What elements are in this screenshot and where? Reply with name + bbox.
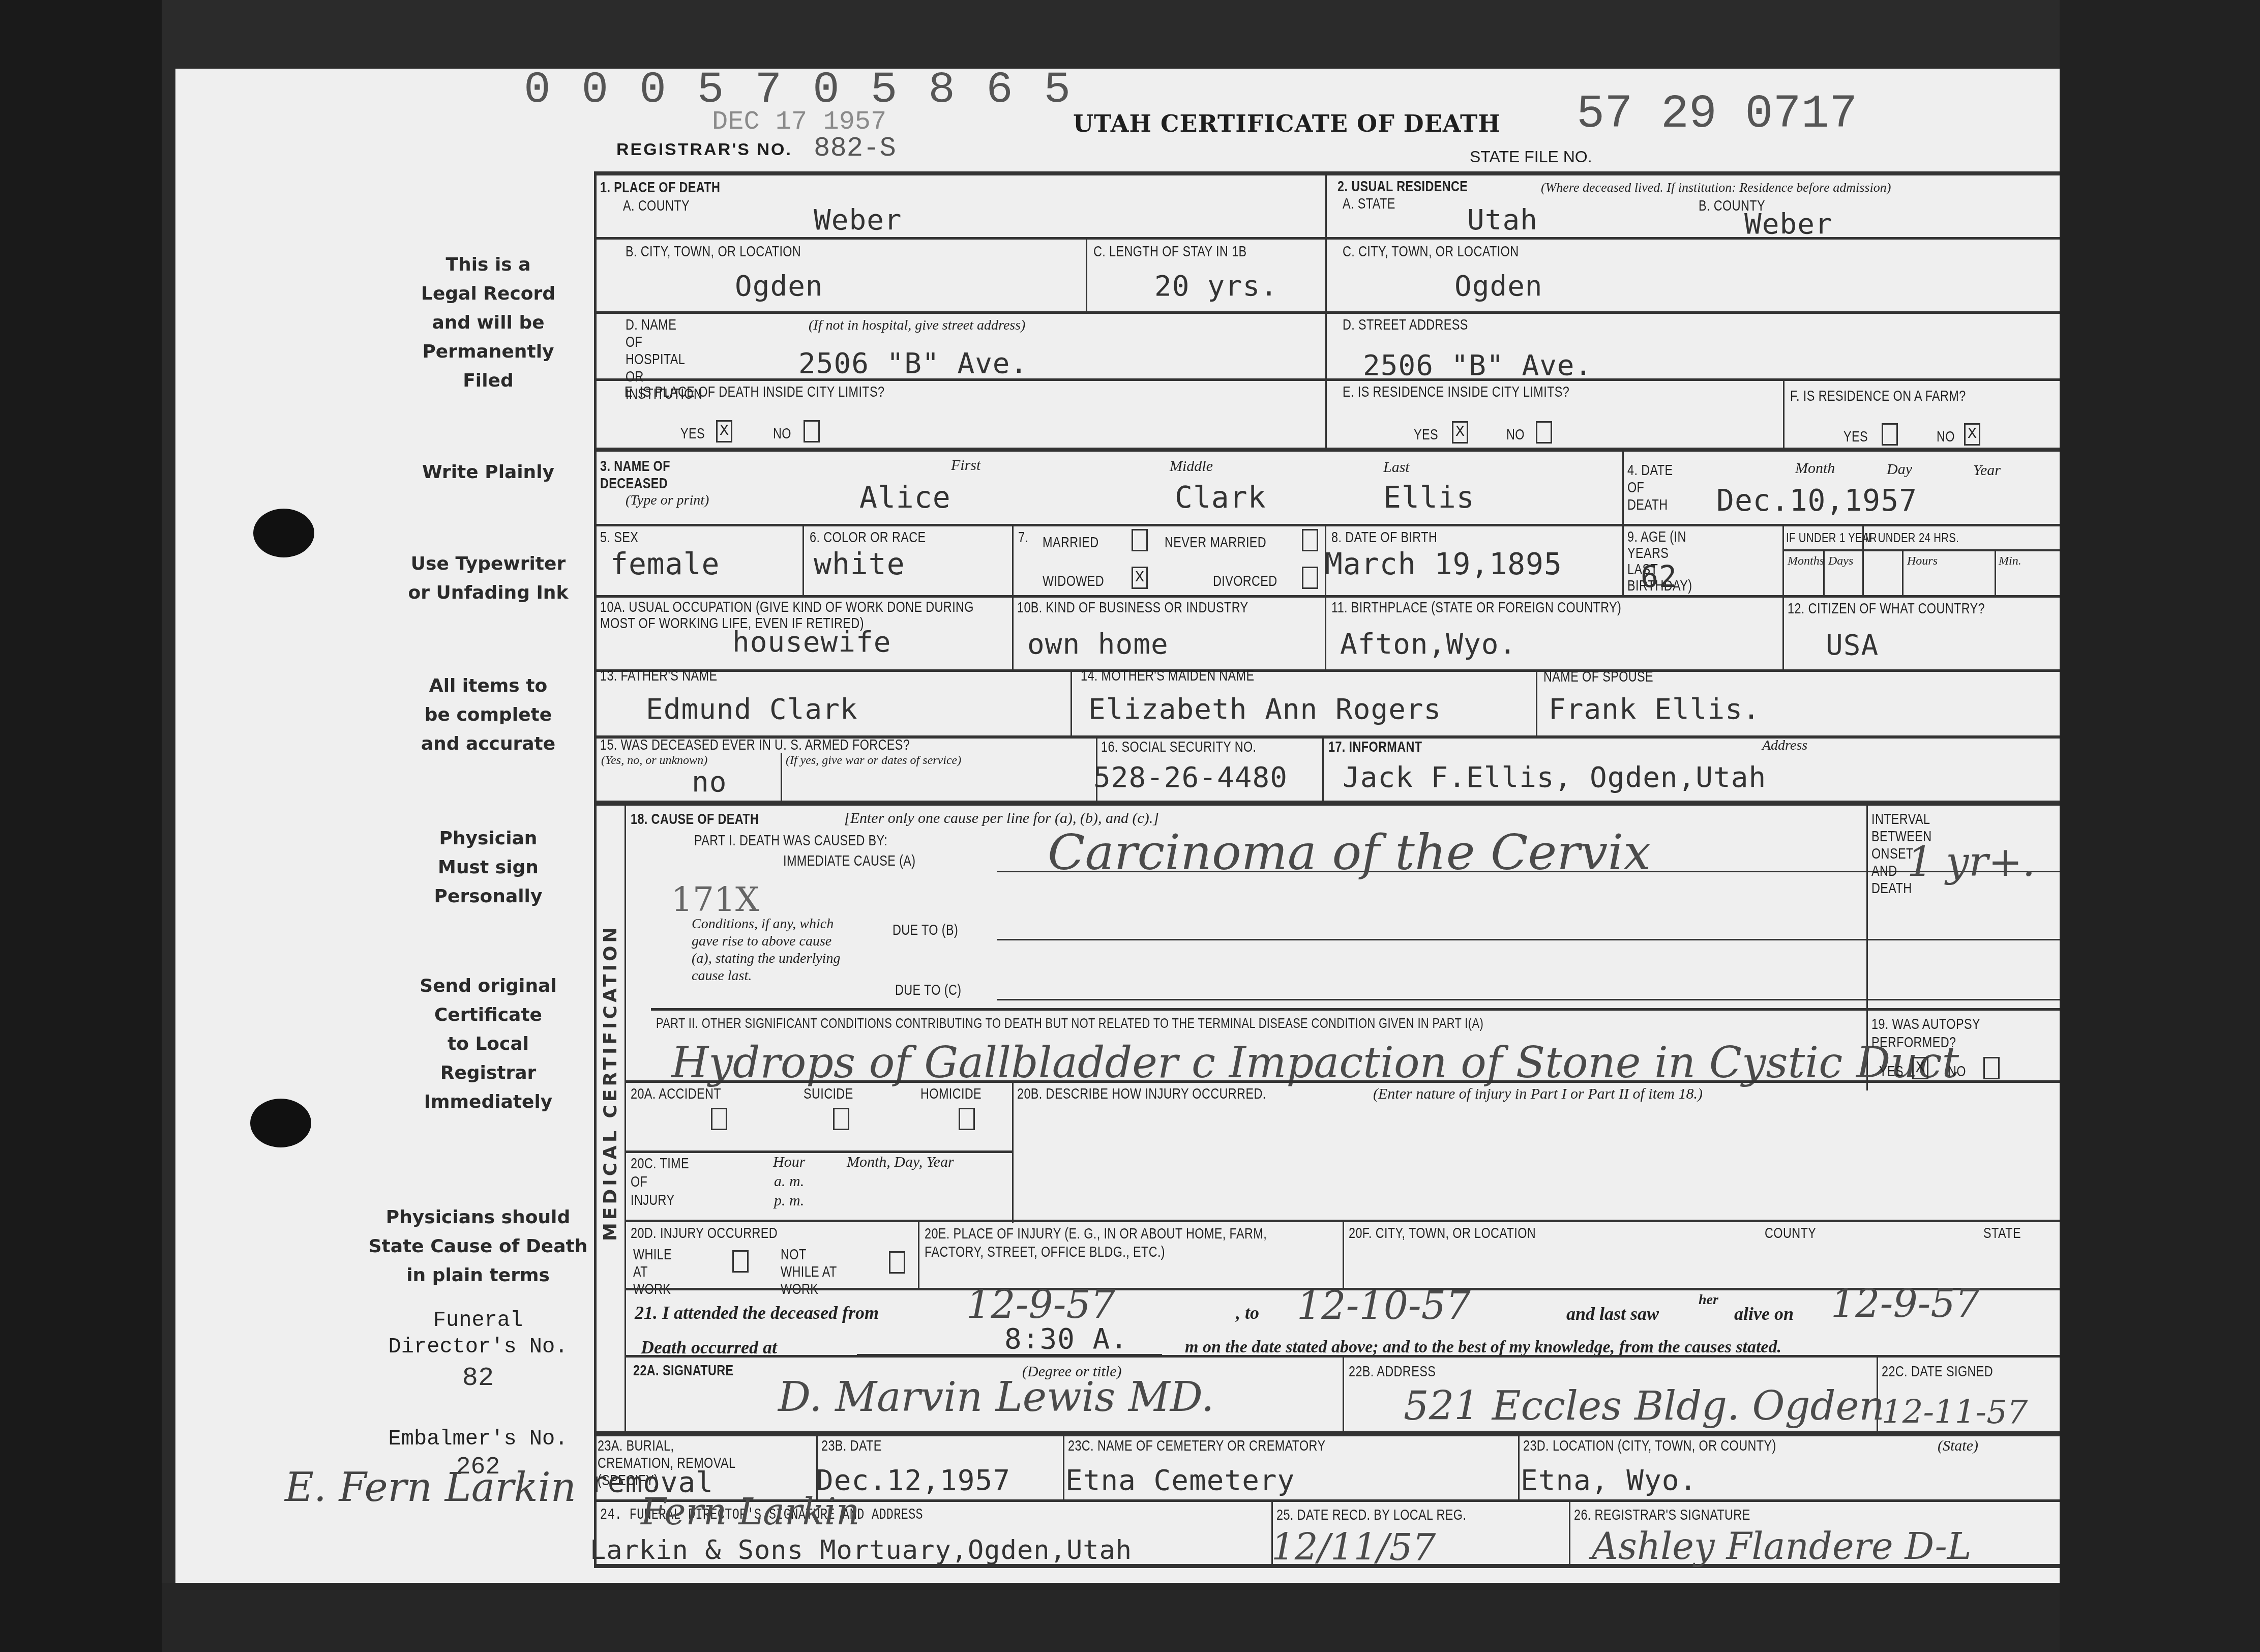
not-while-at-work-checkbox[interactable] (889, 1251, 905, 1274)
occupation-field[interactable]: housewife (732, 626, 891, 659)
autopsy-label: 19. WAS AUTOPSY PERFORMED? (1871, 1015, 1990, 1052)
injury-state-label: STATE (1983, 1225, 2021, 1242)
divider (1622, 526, 1624, 597)
divider (594, 311, 2060, 314)
death-inside-city-no-label: NO (773, 425, 791, 442)
residence-inside-city-no-label: NO (1506, 426, 1525, 444)
industry-label: 10b. KIND OF BUSINESS OR INDUSTRY (1017, 599, 1248, 616)
date-signed-field[interactable]: 12-11-57 (1882, 1394, 2028, 1431)
last-saw-label: and last saw (1566, 1303, 1659, 1324)
divider (625, 1080, 2060, 1083)
month-day-year-label: Month, Day, Year (847, 1154, 954, 1171)
sex-label: 5. SEX (600, 529, 638, 546)
dob-label: 8. DATE OF BIRTH (1331, 529, 1437, 546)
death-inside-city-yes-label: YES (680, 425, 705, 442)
residence-farm-no-checkbox[interactable]: X (1964, 423, 1980, 446)
funeral-director-no-label: Funeral Director's No. (366, 1307, 590, 1360)
form-top-border (594, 171, 2060, 175)
autopsy-no-checkbox[interactable] (1983, 1057, 2000, 1079)
date-signed-label: 22c. DATE SIGNED (1882, 1363, 1993, 1380)
immediate-cause-field[interactable]: Carcinoma of the Cervix (1048, 824, 1651, 881)
widowed-label: WIDOWED (1043, 573, 1104, 590)
hours-label: Hours (1907, 554, 1938, 568)
never-married-label: NEVER MARRIED (1165, 534, 1266, 551)
note-physician-sign: Physician Must sign Personally (386, 824, 590, 911)
death-inside-city-label: e. IS PLACE OF DEATH INSIDE CITY LIMITS? (625, 383, 884, 401)
homicide-checkbox[interactable] (959, 1108, 975, 1130)
injury-county-label: COUNTY (1765, 1225, 1816, 1242)
date-of-death-field[interactable]: Dec.10,1957 (1716, 483, 1917, 518)
under-24-hrs-label: IF UNDER 24 HRS. (1865, 530, 1959, 546)
injury-desc-field[interactable] (1022, 1109, 1861, 1211)
first-name-field[interactable]: Alice (859, 480, 951, 515)
citizen-label: 12. CITIZEN OF WHAT COUNTRY? (1788, 600, 1985, 617)
months-label: Months (1788, 554, 1824, 568)
place-of-injury-label: 20e. PLACE OF INJURY (e. g., in or about… (925, 1225, 1321, 1261)
interval-field[interactable]: 1 yr+. (1907, 838, 2035, 886)
divider (1518, 1435, 1520, 1501)
death-time-field[interactable]: 8:30 A. (1004, 1322, 1128, 1355)
birthplace-field[interactable]: Afton,Wyo. (1340, 628, 1516, 661)
first-name-label: First (951, 457, 980, 474)
medical-certification-label: MEDICAL CERTIFICATION (600, 924, 621, 1241)
usual-residence-hint: (Where deceased lived. If institution: R… (1541, 180, 1891, 195)
death-county-label: a. COUNTY (623, 197, 690, 215)
cause-code: 171X (671, 880, 759, 919)
note-write-plainly: Write Plainly (386, 458, 590, 487)
father-label: 13. FATHER'S NAME (600, 667, 717, 685)
scan-background-left (0, 0, 162, 1652)
embalmer-signature: E. Fern Larkin (285, 1465, 576, 1511)
residence-inside-city-yes-label: YES (1414, 426, 1438, 444)
burial-location-label: 23d. LOCATION (City, town, or county) (1523, 1437, 1776, 1455)
accident-checkbox[interactable] (711, 1108, 727, 1130)
part1-label: PART I. DEATH WAS CAUSED BY: (694, 832, 887, 849)
stamp-date: DEC 17 1957 (712, 107, 886, 137)
birthplace-label: 11. BIRTHPLACE (State or foreign country… (1331, 599, 1621, 616)
sex-field[interactable]: female (610, 547, 720, 581)
accident-label: 20a. ACCIDENT (631, 1085, 721, 1103)
deceased-name-label: 3. NAME OF DECEASED (600, 458, 671, 492)
divider (625, 1220, 2060, 1222)
residence-street-label: d. STREET ADDRESS (1343, 316, 1468, 334)
citizen-field[interactable]: USA (1826, 629, 1879, 662)
homicide-label: HOMICIDE (920, 1085, 982, 1103)
hospital-field[interactable]: 2506 "B" Ave. (798, 347, 1028, 380)
funeral-director-signature-field[interactable]: Fern Larkin (641, 1490, 860, 1533)
death-inside-city-yes-checkbox[interactable]: X (716, 420, 732, 442)
note-use-typewriter: Use Typewriter or Unfading Ink (386, 549, 590, 607)
dob-field[interactable]: March 19,1895 (1325, 547, 1562, 581)
injury-desc-label: 20b. DESCRIBE HOW INJURY OCCURRED. (1017, 1085, 1266, 1103)
ssn-label: 16. SOCIAL SECURITY NO. (1101, 739, 1256, 756)
divider (1569, 1500, 1570, 1567)
embalmer-no-label: Embalmer's No. (366, 1427, 590, 1451)
middle-name-field[interactable]: Clark (1175, 480, 1266, 515)
divider (918, 1221, 919, 1289)
divider (1063, 1435, 1064, 1501)
signature-label: 22a. SIGNATURE (633, 1362, 733, 1379)
divider (1070, 671, 1072, 739)
divider (594, 801, 2060, 806)
residence-state-label: a. STATE (1343, 195, 1395, 213)
armed-forces-field[interactable]: no (692, 765, 727, 799)
punch-hole-bottom (250, 1099, 311, 1147)
race-label: 6. COLOR OR RACE (810, 529, 926, 546)
never-married-checkbox[interactable] (1302, 529, 1318, 551)
married-label: MARRIED (1043, 534, 1099, 551)
residence-inside-city-label: e. IS RESIDENCE INSIDE CITY LIMITS? (1343, 383, 1569, 401)
father-field[interactable]: Edmund Clark (646, 693, 858, 726)
attended-to-field[interactable]: 12-10-57 (1297, 1283, 1470, 1328)
residence-street-field[interactable]: 2506 "B" Ave. (1363, 349, 1592, 382)
due-to-b-field[interactable] (1007, 916, 1861, 936)
race-field[interactable]: white (814, 547, 905, 581)
divider (594, 237, 2060, 240)
autopsy-yes-label: YES (1879, 1063, 1904, 1080)
cause-of-death-label: 18. CAUSE OF DEATH (631, 811, 759, 828)
conditions-note: Conditions, if any, which gave rise to a… (692, 916, 844, 985)
death-inside-city-no-checkbox[interactable] (804, 420, 820, 442)
spouse-label: NAME OF SPOUSE (1543, 668, 1653, 686)
attended-from-field[interactable]: 12-9-57 (966, 1282, 1115, 1327)
pronoun-label: her (1699, 1292, 1718, 1308)
divider (1086, 237, 1087, 312)
last-saw-alive-field[interactable]: 12-9-57 (1831, 1281, 1980, 1326)
days-label: Days (1828, 554, 1853, 568)
time-of-injury-label: 20c. TIME OF INJURY (631, 1155, 694, 1209)
residence-farm-no-label: NO (1937, 428, 1955, 446)
residence-city-field[interactable]: Ogden (1454, 270, 1543, 303)
death-city-field[interactable]: Ogden (735, 270, 823, 303)
hour-label: Hour (773, 1154, 805, 1171)
physician-signature-field[interactable]: D. Marvin Lewis MD. (778, 1373, 1214, 1421)
physician-address-field[interactable]: 521 Eccles Bldg. Ogden (1404, 1383, 1885, 1429)
married-checkbox[interactable] (1132, 529, 1148, 551)
divider (1012, 1080, 1014, 1223)
divider (594, 448, 2060, 452)
divider (594, 1431, 2060, 1436)
divider (1622, 450, 1624, 526)
last-name-field[interactable]: Ellis (1383, 480, 1475, 515)
residence-city-label: c. CITY, TOWN, OR LOCATION (1343, 243, 1519, 260)
death-county-field[interactable]: Weber (814, 203, 902, 237)
divider (1343, 1221, 1344, 1289)
note-send-original: Send original Certificate to Local Regis… (386, 971, 590, 1116)
divider (594, 524, 2060, 526)
autopsy-no-label: NO (1948, 1063, 1966, 1080)
divider (1012, 596, 1014, 671)
armed-forces-label: 15. WAS DECEASED EVER IN U. S. ARMED FOR… (600, 736, 910, 754)
cemetery-field[interactable]: Etna Cemetery (1065, 1464, 1295, 1497)
mother-field[interactable]: Elizabeth Ann Rogers (1088, 693, 1441, 726)
to-label: , to (1236, 1302, 1259, 1323)
cause-b-line (997, 939, 2060, 940)
hospital-hint: (If not in hospital, give street address… (809, 317, 1025, 334)
middle-name-label: Middle (1170, 458, 1213, 475)
funeral-director-no: 82 (366, 1363, 590, 1393)
divider (802, 526, 804, 596)
state-file-no: 57 29 0717 (1577, 87, 1857, 141)
divider (625, 1150, 1012, 1153)
divider (1995, 550, 1996, 597)
cause-c-line (997, 999, 2060, 1000)
last-name-label: Last (1383, 459, 1410, 476)
informant-address-label: Address (1762, 737, 1807, 754)
burial-location-state-label: (State) (1938, 1437, 1978, 1455)
residence-farm-yes-label: YES (1843, 428, 1868, 446)
residence-farm-label: f. IS RESIDENCE ON A FARM? (1790, 388, 1966, 405)
due-to-c-field[interactable] (1007, 976, 1861, 996)
certificate-title: UTAH CERTIFICATE OF DEATH (1073, 110, 1501, 137)
spouse-field[interactable]: Frank Ellis. (1549, 693, 1761, 726)
min-label: Min. (1999, 554, 2021, 568)
informant-label: 17. INFORMANT (1328, 739, 1422, 756)
divider (651, 1008, 2060, 1011)
punch-hole-top (253, 509, 314, 557)
suicide-label: SUICIDE (804, 1085, 853, 1103)
residence-state-field[interactable]: Utah (1467, 203, 1538, 237)
death-city-label: b. CITY, TOWN, OR LOCATION (626, 243, 801, 260)
scan-background-bottom (162, 1583, 2060, 1652)
length-of-stay-label: c. LENGTH OF STAY IN 1b (1093, 243, 1247, 260)
divider (1782, 526, 1784, 671)
usual-residence-label: 2. USUAL RESIDENCE (1337, 178, 1468, 195)
alive-on-label: alive on (1734, 1303, 1794, 1324)
cemetery-label: 23c. NAME OF CEMETERY OR CREMATORY (1068, 1437, 1325, 1455)
registrar-signature-field[interactable]: Ashley Flandere D-L (1592, 1525, 1972, 1568)
burial-location-field[interactable]: Etna, Wyo. (1521, 1464, 1697, 1497)
divider (1325, 171, 1327, 450)
dod-day-label: Day (1887, 461, 1912, 478)
state-file-no-label: STATE FILE NO. (1470, 147, 1592, 166)
mother-label: 14. MOTHER'S MAIDEN NAME (1081, 667, 1254, 685)
due-to-b-label: DUE TO (b) (893, 922, 958, 939)
pm-label: p. m. (774, 1192, 804, 1209)
note-all-items: All items to be complete and accurate (386, 671, 590, 758)
divider (781, 753, 782, 804)
registrar-signature-label: 26. REGISTRAR'S SIGNATURE (1574, 1507, 1750, 1524)
injury-city-label: 20f. CITY, TOWN, OR LOCATION (1349, 1225, 1536, 1242)
due-to-c-label: DUE TO (c) (895, 982, 961, 999)
registrar-no-label: REGISTRAR'S NO. (616, 140, 792, 160)
date-recd-field[interactable]: 12/11/57 (1271, 1526, 1436, 1569)
residence-county-field[interactable]: Weber (1744, 208, 1833, 241)
am-label: a. m. (774, 1173, 804, 1190)
autopsy-yes-checkbox[interactable]: X (1912, 1057, 1928, 1079)
divider (625, 806, 626, 1436)
divorced-checkbox[interactable] (1302, 567, 1318, 589)
residence-inside-city-yes-checkbox[interactable]: X (1452, 421, 1468, 444)
funeral-director-address-field[interactable]: Larkin & Sons Mortuary,Ogden,Utah (590, 1535, 1132, 1566)
divider (1322, 739, 1324, 804)
war-hint: (If yes, give war or dates of service) (786, 754, 961, 768)
age-field[interactable]: 62 (1641, 559, 1677, 594)
death-occurred-suffix: m on the date stated above; and to the b… (1185, 1338, 1781, 1357)
immediate-cause-label: IMMEDIATE CAUSE (a) (783, 852, 915, 870)
under-1-year-label: IF UNDER 1 YEAR (1786, 530, 1877, 546)
residence-inside-city-no-checkbox[interactable] (1536, 421, 1552, 444)
residence-farm-yes-checkbox[interactable] (1882, 423, 1898, 446)
divider (594, 669, 2060, 672)
part2-label: PART II. OTHER SIGNIFICANT CONDITIONS CO… (656, 1015, 1483, 1031)
attended-label: 21. I attended the deceased from (635, 1302, 879, 1323)
divider (1902, 550, 1904, 597)
deceased-name-hint: (Type or print) (626, 492, 709, 509)
while-at-work-checkbox[interactable] (732, 1250, 749, 1273)
burial-date-label: 23b. DATE (821, 1437, 882, 1455)
divider (625, 1355, 2060, 1358)
dod-month-label: Month (1795, 460, 1835, 477)
note-legal-record: This is a Legal Record and will be Perma… (386, 250, 590, 395)
divider (1536, 671, 1537, 739)
date-of-death-label: 4. DATE OF DEATH (1627, 462, 1675, 514)
ssn-field[interactable]: 528-26-4480 (1093, 761, 1288, 794)
note-physicians-should: Physicians should State Cause of Death i… (366, 1203, 590, 1290)
divorced-label: DIVORCED (1213, 573, 1277, 590)
marital-status-label: 7. (1018, 529, 1028, 546)
divider (594, 595, 2060, 598)
widowed-checkbox[interactable]: X (1132, 567, 1148, 589)
divider (1012, 526, 1014, 596)
place-of-death-label: 1. PLACE OF DEATH (600, 179, 720, 196)
date-recd-label: 25. DATE RECD. BY LOCAL REG. (1276, 1507, 1466, 1524)
suicide-checkbox[interactable] (833, 1108, 849, 1130)
injury-desc-hint: (Enter nature of injury in Part I or Par… (1373, 1085, 1703, 1103)
length-of-stay-field[interactable]: 20 yrs. (1154, 270, 1278, 303)
divider (1783, 378, 1785, 450)
injury-occurred-label: 20d. INJURY OCCURRED (631, 1225, 778, 1242)
dod-year-label: Year (1973, 462, 2001, 479)
informant-field[interactable]: Jack F.Ellis, Ogden,Utah (1343, 761, 1766, 794)
industry-field[interactable]: own home (1027, 628, 1169, 661)
scan-background-right (2060, 0, 2260, 1652)
physician-address-label: 22b. ADDRESS (1349, 1363, 1436, 1380)
divider (1343, 1357, 1344, 1433)
registrar-no: 882-S (814, 133, 896, 164)
